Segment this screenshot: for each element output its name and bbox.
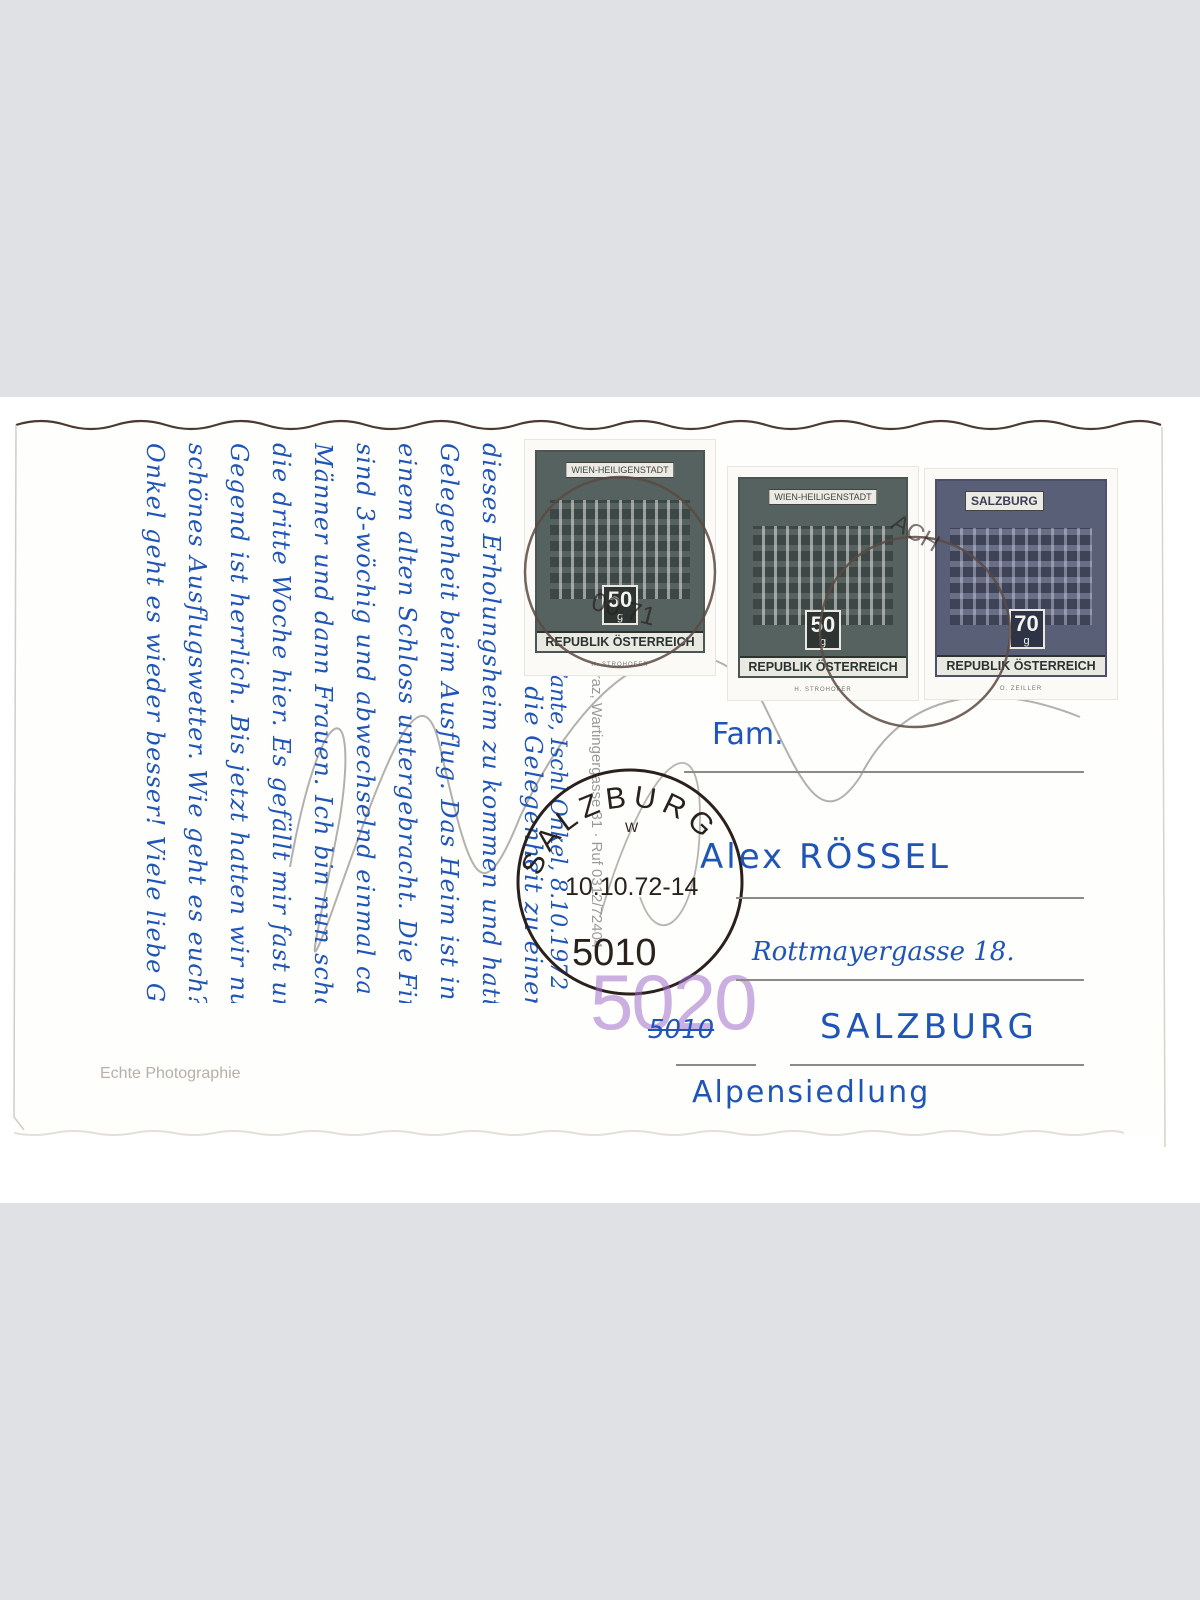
handwritten-message: Ich habe erstmals die Gelegenheit zu ein… — [14, 443, 554, 1003]
stamp-country: REPUBLIK ÖSTERREICH — [937, 655, 1105, 675]
stamp-value: 50g — [602, 585, 638, 625]
stamp-designer: O. ZEILLER — [925, 686, 1117, 692]
printer-imprint: Graz, Wartingergasse 31 · Ruf 0312/72404 — [588, 662, 605, 948]
stamp-value: 50g — [805, 610, 841, 650]
address-line-3 — [736, 979, 1084, 981]
stamp-caption: WIEN-HEILIGENSTADT — [565, 462, 674, 478]
address-old-postcode: 5010 — [648, 1015, 714, 1045]
stamp-country: REPUBLIK ÖSTERREICH — [537, 631, 703, 651]
message-line: Gegend ist herrlich. Bis jetzt hatten wi… — [218, 443, 260, 1003]
stamp-designer: H. STROHOFER — [525, 662, 715, 668]
address-line-1 — [684, 771, 1084, 773]
message-line: dieses Erholungsheim zu kommen und hatte… — [470, 443, 512, 1003]
photo-mark: Echte Photographie — [100, 1065, 241, 1083]
message-line: einem alten Schloss untergebracht. Die F… — [386, 443, 428, 1003]
stamp-caption: WIEN-HEILIGENSTADT — [768, 489, 877, 505]
stamp-image: WIEN-HEILIGENSTADT 50g REPUBLIK ÖSTERREI… — [535, 450, 705, 653]
address-line-4b — [790, 1064, 1084, 1066]
message-signoff: Tante, Ischl Onkel, 8.10.1972 — [545, 662, 570, 990]
stamp-value: 70g — [1009, 609, 1045, 649]
address-name: Alex RÖSSEL — [700, 837, 951, 877]
scanned-postcard-frame: Ich habe erstmals die Gelegenheit zu ein… — [0, 397, 1200, 1203]
stamp-caption: SALZBURG — [965, 491, 1044, 511]
message-line: die dritte Woche hier. Es gefällt mir fa… — [260, 443, 302, 1003]
message-line: sind 3-wöchig und abwechselnd einmal ca … — [344, 443, 386, 1003]
address-district: Alpensiedlung — [692, 1075, 930, 1110]
message-line: Gelegenheit beim Ausflug. Das Heim ist i… — [428, 443, 470, 1003]
stamp-designer: H. STROHOFER — [728, 687, 918, 693]
message-line: schönes Ausflugswetter. Wie geht es euch… — [176, 443, 218, 1003]
address-line-2 — [736, 897, 1084, 899]
message-line: Onkel geht es wieder besser! Viele liebe… — [134, 443, 176, 1003]
stamp-image: WIEN-HEILIGENSTADT 50g REPUBLIK ÖSTERREI… — [738, 477, 908, 678]
stamp-salzburg: SALZBURG 70g REPUBLIK ÖSTERREICH O. ZEIL… — [925, 469, 1117, 699]
stamp-image: SALZBURG 70g REPUBLIK ÖSTERREICH — [935, 479, 1107, 677]
address-street: Rottmayergasse 18. — [752, 937, 1015, 967]
stamp-wien-heiligenstadt-1: WIEN-HEILIGENSTADT 50g REPUBLIK ÖSTERREI… — [525, 440, 715, 675]
address-salutation: Fam. — [712, 717, 784, 752]
stamp-country: REPUBLIK ÖSTERREICH — [740, 656, 906, 676]
address-city: SALZBURG — [820, 1007, 1038, 1047]
stamp-wien-heiligenstadt-2: WIEN-HEILIGENSTADT 50g REPUBLIK ÖSTERREI… — [728, 467, 918, 700]
address-line-4a — [676, 1064, 756, 1066]
message-line: Männer und dann Frauen. Ich bin nun scho… — [302, 443, 344, 1003]
